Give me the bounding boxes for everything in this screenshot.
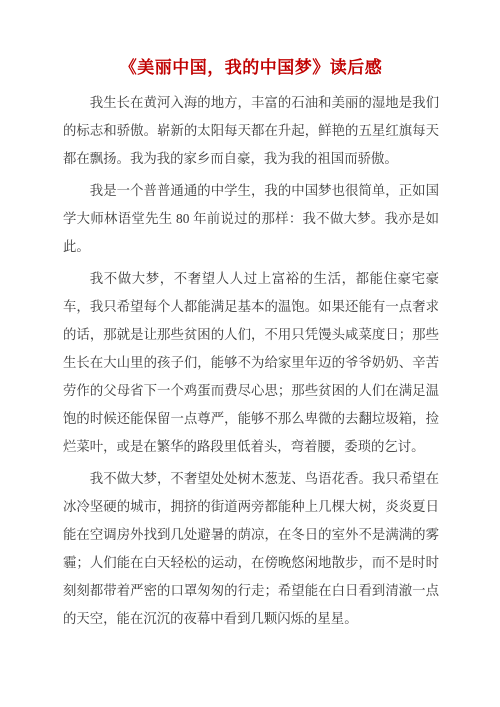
paragraph-2: 我是一个普普通通的中学生，我的中国梦也很简单，正如国学大师林语堂先生 80 年前…	[63, 177, 439, 261]
paragraph-3: 我不做大梦，不奢望人人过上富裕的生活，都能住豪宅豪车，我只希望每个人都能满足基本…	[63, 265, 439, 461]
document-page: 《美丽中国，我的中国梦》读后感 我生长在黄河入海的地方，丰富的石油和美丽的湿地是…	[0, 0, 500, 707]
paragraph-1: 我生长在黄河入海的地方，丰富的石油和美丽的湿地是我们的标志和骄傲。崭新的太阳每天…	[63, 89, 439, 173]
document-body: 我生长在黄河入海的地方，丰富的石油和美丽的湿地是我们的标志和骄傲。崭新的太阳每天…	[63, 89, 439, 633]
document-title: 《美丽中国，我的中国梦》读后感	[63, 57, 439, 79]
paragraph-4: 我不做大梦，不奢望处处树木葱茏、鸟语花香。我只希望在冰冷坚硬的城市，拥挤的街道两…	[63, 465, 439, 633]
